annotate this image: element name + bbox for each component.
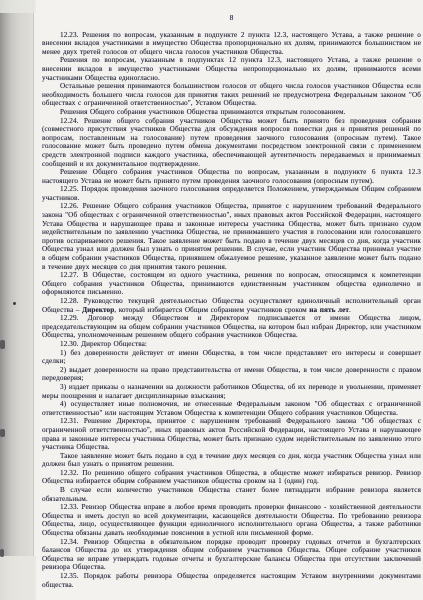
scan-smudge bbox=[0, 340, 5, 349]
paragraph-12-30: 12.30. Директор Общества: bbox=[42, 340, 421, 349]
paragraph-12-29: 12.29. Договор между Обществом и Директо… bbox=[42, 314, 421, 340]
paragraph-12-25: 12.25. Порядок проведения заочного голос… bbox=[42, 185, 421, 202]
p12-28-bold-term: на пять лет bbox=[309, 306, 349, 314]
paragraph-12-23: 12.23. Решения по вопросам, указанным в … bbox=[42, 31, 421, 57]
paragraph-12-32: 12.32. По решению общего собрания участн… bbox=[42, 469, 421, 486]
paragraph-12-23-cont: Решения по вопросам, указанным в подпунк… bbox=[42, 56, 421, 82]
paragraph-12-28: 12.28. Руководство текущей деятельностью… bbox=[42, 297, 421, 314]
paragraph-12-27: 12.27. В Обществе, состоящем из одного у… bbox=[42, 271, 421, 297]
list-item-1: 1) без доверенности действует от имени О… bbox=[42, 349, 421, 366]
scan-smudge bbox=[0, 429, 5, 437]
paragraph-12-31-cont: Такое заявление может быть подано в суд … bbox=[42, 452, 421, 469]
paragraph-12-24: 12.24. Решение общего собрания участнико… bbox=[42, 117, 421, 169]
list-item-3: 3) издает приказы о назначении на должно… bbox=[42, 383, 421, 400]
paragraph-12-32-cont: В случае если количество участников Обще… bbox=[42, 486, 421, 503]
scan-page-edge-line bbox=[33, 0, 34, 600]
scan-smudge bbox=[0, 549, 4, 557]
page-content: 8 12.23. Решения по вопросам, указанным … bbox=[42, 14, 421, 589]
paragraph-12-31: 12.31. Решение Директора, принятое с нар… bbox=[42, 417, 421, 451]
paragraph-12-34: 12.34. Ревизор Общества в обязательном п… bbox=[42, 538, 421, 572]
scan-edge-shadow bbox=[0, 0, 34, 600]
page-number: 8 bbox=[42, 14, 421, 23]
p12-28-mid: , который избирается Общим собранием уча… bbox=[114, 306, 309, 314]
paragraph-other-decisions: Остальные решения принимаются большинств… bbox=[42, 82, 421, 108]
paragraph-open-vote: Решения Общего собрания участников Общес… bbox=[42, 108, 421, 117]
scanned-document-page: 8 12.23. Решения по вопросам, указанным … bbox=[0, 0, 423, 600]
p12-28-end: . bbox=[349, 306, 351, 314]
list-item-4: 4) осуществляет иные полномочия, не отне… bbox=[42, 400, 421, 417]
list-item-2: 2) выдает доверенности на право представ… bbox=[42, 366, 421, 383]
p12-28-bold-director: Директор bbox=[82, 306, 114, 314]
scan-edge-top-fade bbox=[0, 0, 36, 13]
paragraph-12-26: 12.26. Решение Общего собрания участнико… bbox=[42, 202, 421, 271]
paragraph-12-33: 12.33. Ревизор Общества вправе в любое в… bbox=[42, 503, 421, 537]
paragraph-12-35: 12.35. Порядок работы ревизора Общества … bbox=[42, 572, 421, 589]
scan-edge-bottom-fade bbox=[0, 556, 36, 600]
scan-speck bbox=[13, 302, 16, 305]
paragraph-12-24-cont: Решение Общего собрания участников Общес… bbox=[42, 168, 421, 185]
